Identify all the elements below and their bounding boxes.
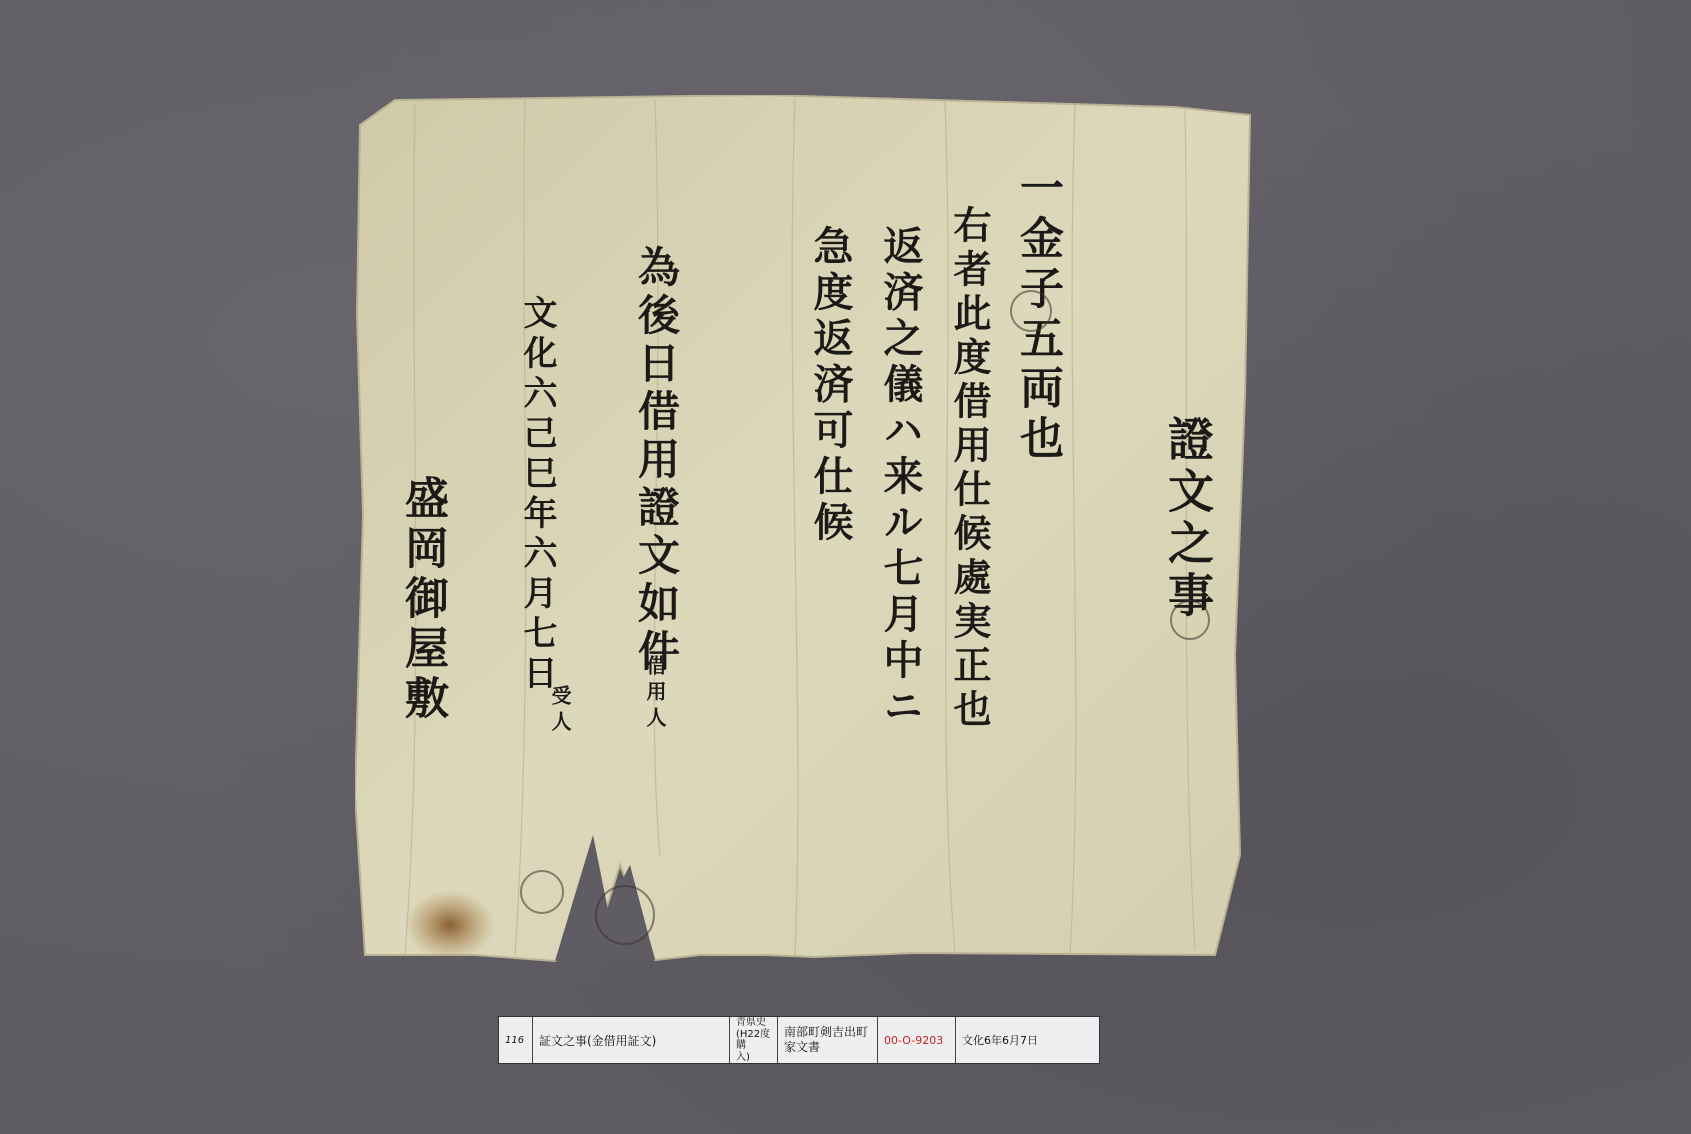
date-column: 文化六己巳年六月七日 <box>520 295 554 695</box>
catalog-date: 文化6年6月7日 <box>956 1017 1099 1063</box>
guarantor-label: 受人 <box>550 685 570 737</box>
catalog-source: 青県史 (H22度購 入) <box>730 1017 778 1063</box>
catalog-number: 116 <box>499 1017 533 1063</box>
paper-sheet <box>355 95 1255 965</box>
seal-stamp-heading <box>1170 600 1210 640</box>
text-column-3: 返済之儀ハ来ル七月中ニ <box>880 225 920 731</box>
catalog-collection: 南部町剣吉出町 家文書 <box>778 1017 878 1063</box>
seal-stamp-borrower <box>595 885 655 945</box>
catalog-title: 証文之事(金借用証文) <box>533 1017 730 1063</box>
text-column-4: 急度返済可仕候 <box>810 225 850 547</box>
text-column-2: 右者此度借用仕候處実正也 <box>950 205 988 733</box>
seal-stamp-guarantor <box>520 870 564 914</box>
catalog-label: 116 証文之事(金借用証文) 青県史 (H22度購 入) 南部町剣吉出町 家文… <box>498 1016 1100 1064</box>
addressee-column: 盛岡御屋敷 <box>400 475 444 725</box>
borrower-label: 借用人 <box>645 655 665 733</box>
catalog-code: 00-O-9203 <box>878 1017 956 1063</box>
heading-column: 證文之事 <box>1165 415 1211 623</box>
historical-document: 證文之事 一金子五両也 右者此度借用仕候處実正也 返済之儀ハ来ル七月中ニ 急度返… <box>355 95 1255 965</box>
text-column-5: 為後日借用證文如件 <box>635 245 677 677</box>
seal-stamp-top <box>1010 290 1052 332</box>
